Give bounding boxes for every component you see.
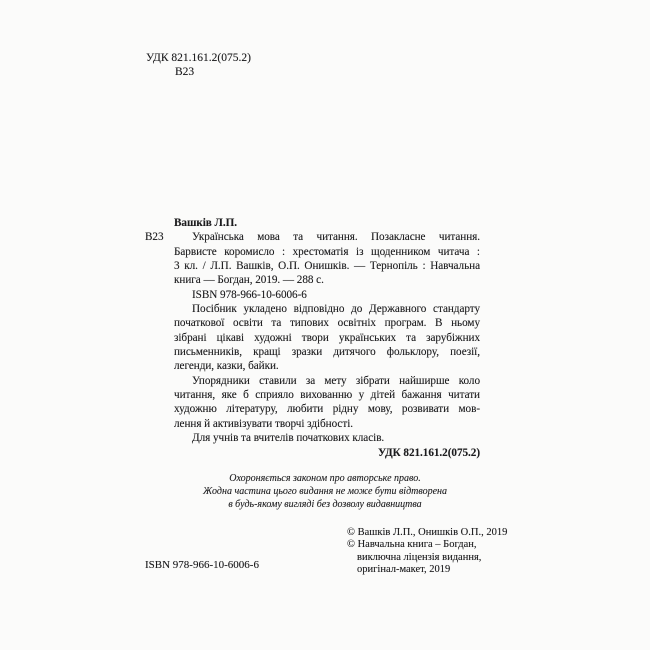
isbn-footer: ISBN 978-966-10-6006-6 [145, 559, 259, 572]
text-line: © Навчальна книга – Богдан, [347, 539, 507, 551]
text-line: книга — Богдан, 2019. — 288 с. [174, 273, 480, 287]
text-line: Українська мова та читання. Позакласне ч… [174, 230, 480, 244]
text-line: Упорядники ставили за мету зібрати найши… [174, 374, 480, 388]
text-line: Охороняється законом про авторське право… [0, 472, 650, 485]
udc-code: УДК 821.161.2(075.2) [146, 51, 251, 65]
catalog-card-lines: Українська мова та читання. Позакласне ч… [174, 230, 480, 460]
text-line: початкової освіти та типових освітніх пр… [174, 316, 480, 330]
text-line: виключна ліцензія видання, [347, 552, 507, 564]
catalog-card: Вашків Л.П. В23 Українська мова та читан… [174, 216, 480, 460]
text-line: легенди, казки, байки. [174, 359, 480, 373]
copyright-credits: © Вашків Л.П., Онишків О.П., 2019© Навча… [347, 527, 507, 576]
top-classification-codes: УДК 821.161.2(075.2) В23 [146, 51, 251, 79]
text-line: художню літературу, любити рідну мову, р… [174, 402, 480, 416]
text-line: Для учнів та вчителів початкових класів. [174, 431, 480, 445]
author-heading: Вашків Л.П. [174, 216, 480, 230]
text-line: ISBN 978-966-10-6006-6 [174, 288, 480, 302]
text-line: Жодна частина цього видання не може бути… [0, 485, 650, 498]
text-line: © Вашків Л.П., Онишків О.П., 2019 [347, 527, 507, 539]
text-line: в будь-якому вигляді без дозволу видавни… [0, 498, 650, 511]
text-line: Посібник укладено відповідно до Державно… [174, 302, 480, 316]
text-line: лення й активізувати творчі здібності. [174, 417, 480, 431]
text-line: оригінал-макет, 2019 [347, 564, 507, 576]
text-line: Барвисте коромисло : хрестоматія із щоде… [174, 245, 480, 259]
book-imprint-page: УДК 821.161.2(075.2) В23 Вашків Л.П. В23… [0, 0, 650, 650]
text-line: 3 кл. / Л.П. Вашків, О.П. Онишків. — Тер… [174, 259, 480, 273]
author-sign: В23 [175, 65, 251, 79]
text-line: письменників, кращі зразки дитячого фоль… [174, 345, 480, 359]
catalog-author-sign: В23 [145, 230, 164, 244]
text-line: УДК 821.161.2(075.2) [174, 446, 480, 460]
text-line: зібрані цікаві художні твори українських… [174, 331, 480, 345]
text-line: читання, яке б сприяло вихованню у дітей… [174, 388, 480, 402]
rights-notice: Охороняється законом про авторське право… [0, 472, 650, 511]
